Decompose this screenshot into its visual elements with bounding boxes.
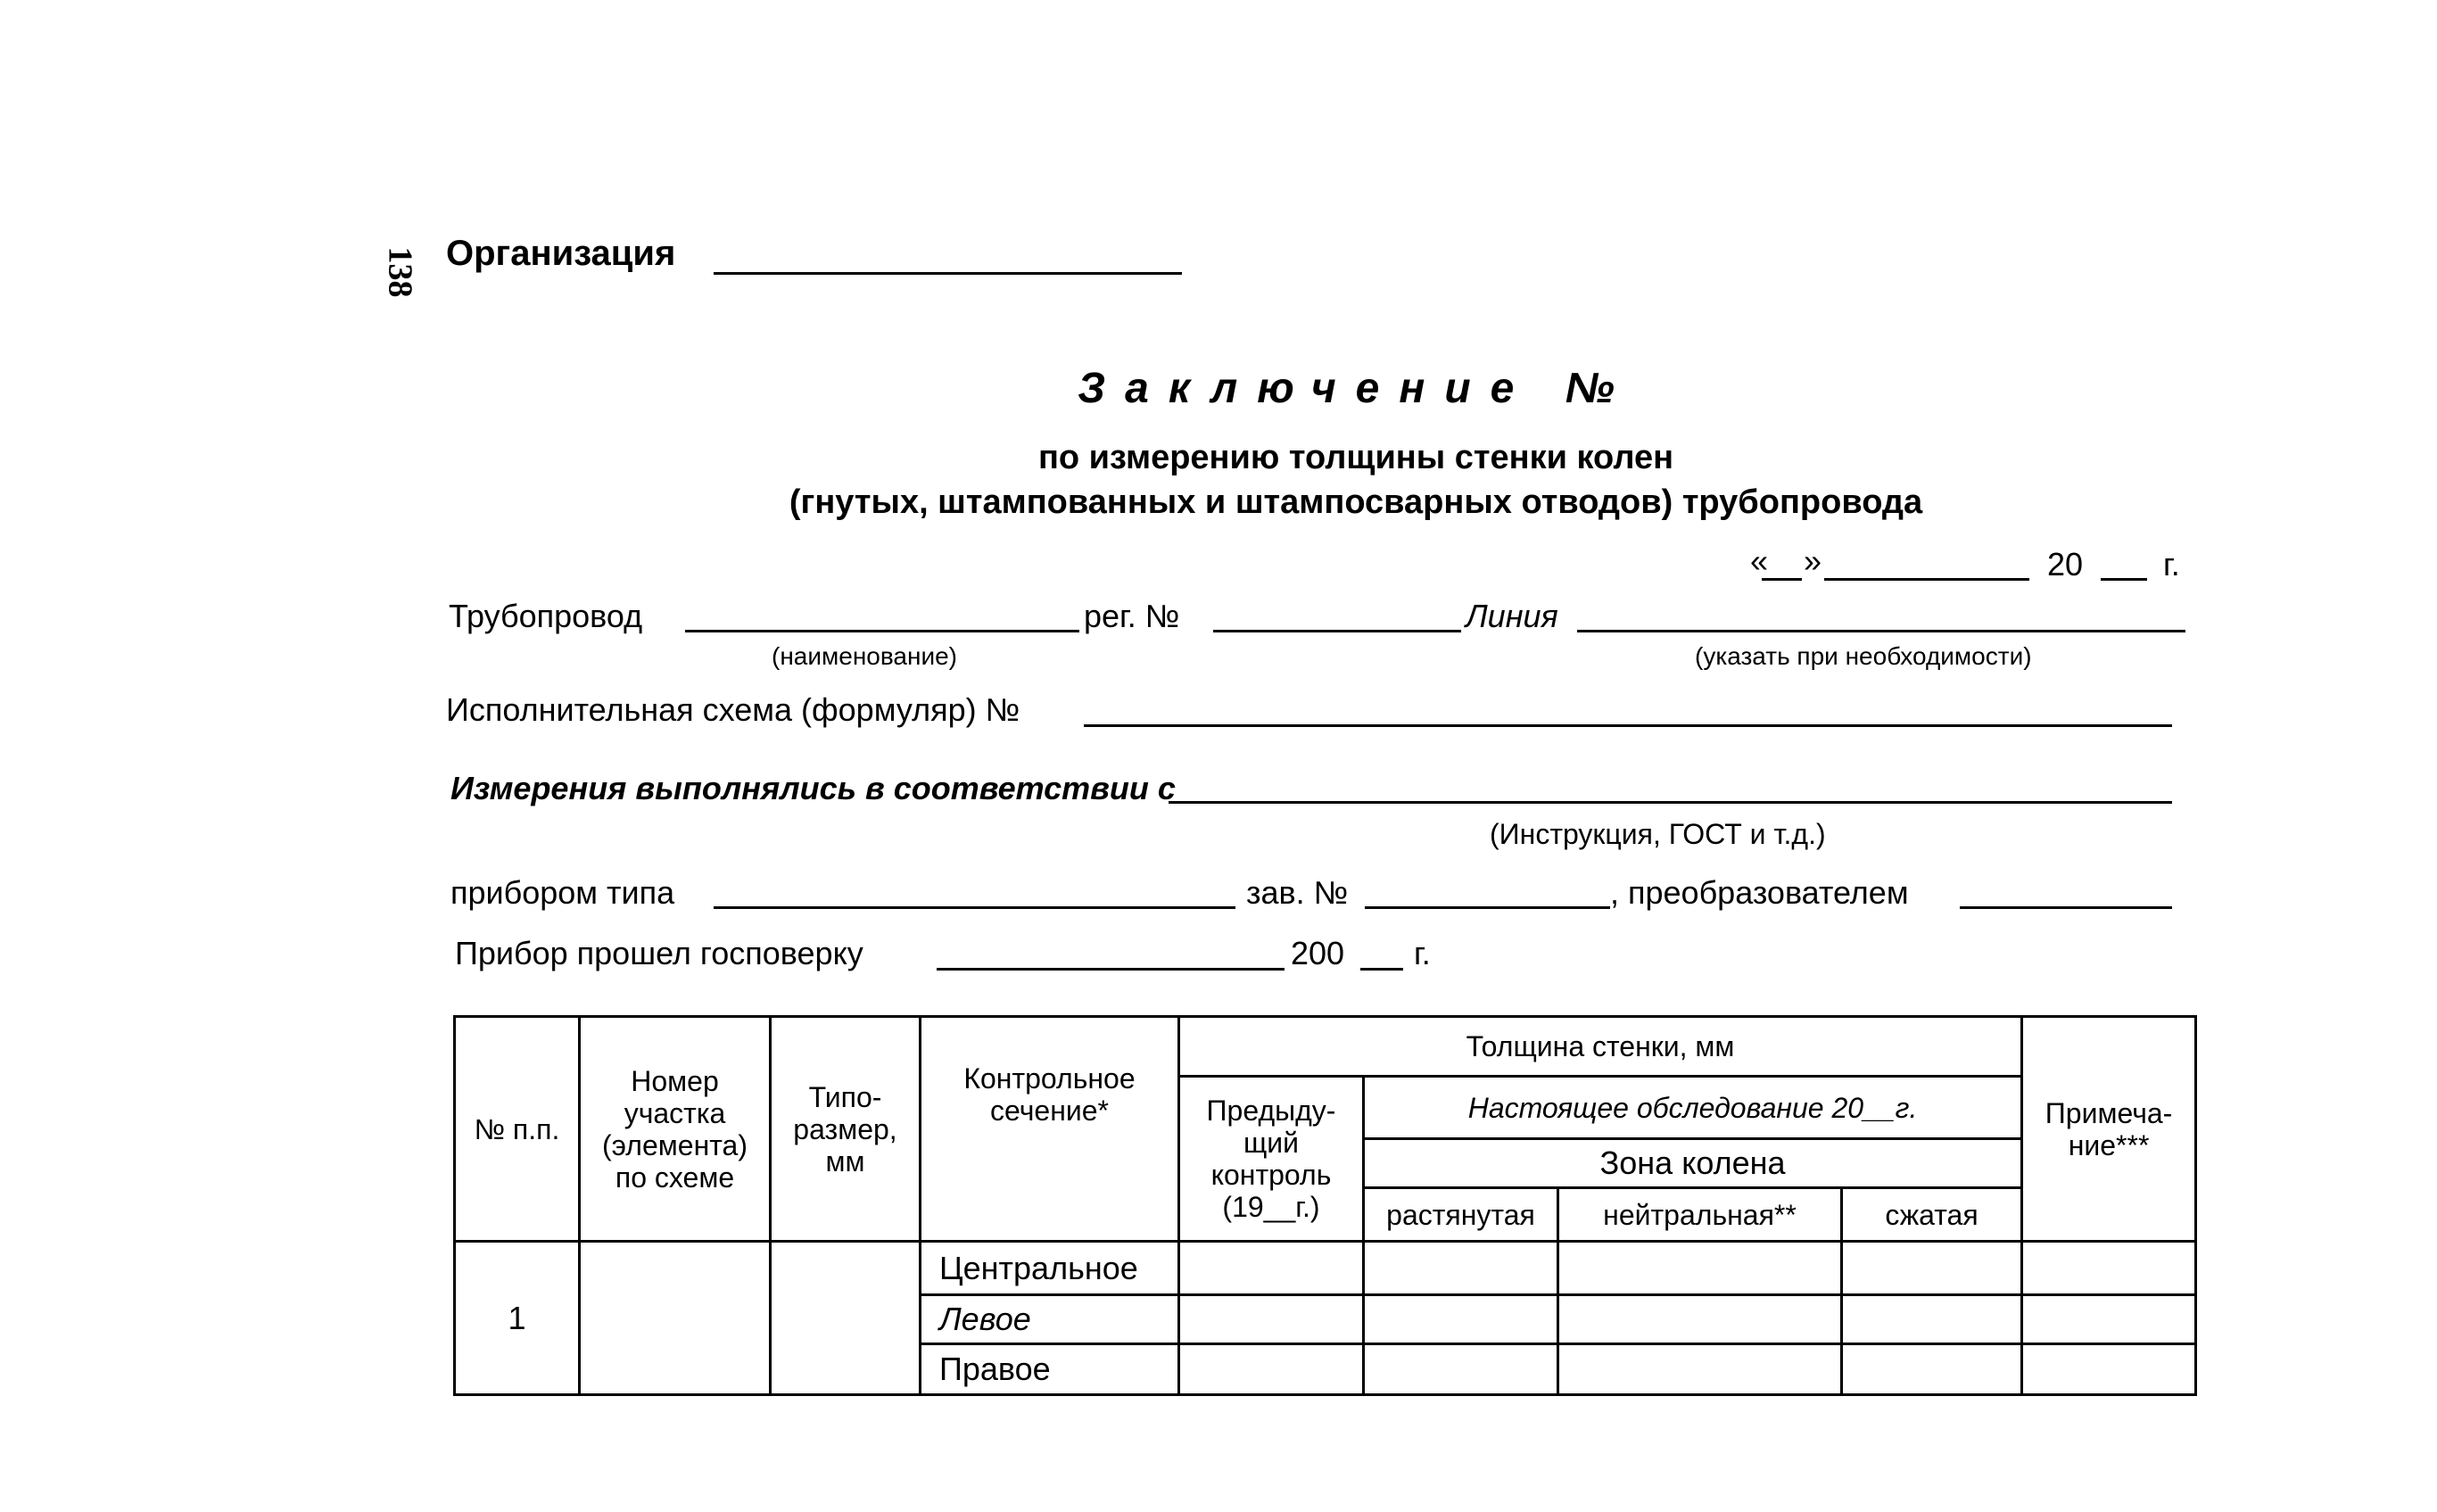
- transducer-label: , преобразователем: [1610, 874, 1909, 912]
- device-type-field[interactable]: [714, 906, 1235, 909]
- date-close-quote: »: [1804, 542, 1822, 580]
- row-size-cell[interactable]: [771, 1242, 921, 1395]
- cell-note[interactable]: [2022, 1242, 2196, 1295]
- header-neutral: нейтральная**: [1558, 1188, 1842, 1242]
- row-num: 1: [455, 1242, 580, 1395]
- header-size: Типо-размер, мм: [771, 1017, 921, 1242]
- cell-compressed[interactable]: [1842, 1295, 2022, 1344]
- serial-number-field[interactable]: [1365, 906, 1610, 909]
- line-caption: (указать при необходимости): [1695, 642, 2032, 671]
- pipeline-caption: (наименование): [772, 642, 957, 671]
- device-type-label: прибором типа: [450, 874, 674, 912]
- cell-previous[interactable]: [1179, 1242, 1364, 1295]
- header-zone: Зона колена: [1364, 1139, 2022, 1188]
- pipeline-name-field[interactable]: [685, 630, 1079, 632]
- document-title: Заключение №: [0, 364, 2437, 413]
- measurement-label: Измерения выполнялись в соответствии с: [450, 770, 1176, 807]
- header-current: Настоящее обследование 20__г.: [1364, 1077, 2022, 1139]
- cell-previous[interactable]: [1179, 1295, 1364, 1344]
- date-year-suffix: г.: [2163, 546, 2180, 583]
- header-section-number: Номер участка (элемента) по схеме: [580, 1017, 771, 1242]
- thickness-table: № п.п. Номер участка (элемента) по схеме…: [453, 1015, 2197, 1396]
- subtitle-line1: по измерению толщины стенки колен: [0, 439, 2437, 477]
- scheme-number-field[interactable]: [1084, 724, 2172, 727]
- organization-field[interactable]: [714, 272, 1182, 275]
- serial-label: зав. №: [1246, 874, 1348, 912]
- page-number: 138: [381, 247, 420, 298]
- cell-stretched[interactable]: [1364, 1242, 1558, 1295]
- row-section-number-cell[interactable]: [580, 1242, 771, 1395]
- cell-compressed[interactable]: [1842, 1242, 2022, 1295]
- date-day-field[interactable]: [1762, 578, 1802, 581]
- header-num: № п.п.: [455, 1017, 580, 1242]
- pipeline-label: Трубопровод: [449, 598, 642, 635]
- header-thickness: Толщина стенки, мм: [1179, 1017, 2022, 1077]
- row-section-central: Центральное: [921, 1242, 1179, 1295]
- cell-previous[interactable]: [1179, 1344, 1364, 1395]
- header-control-section: Контрольное сечение*: [921, 1017, 1179, 1242]
- verification-year-field[interactable]: [1360, 968, 1403, 971]
- cell-note[interactable]: [2022, 1295, 2196, 1344]
- header-note: Примеча-ние***: [2022, 1017, 2196, 1242]
- organization-label: Организация: [446, 234, 675, 274]
- cell-stretched[interactable]: [1364, 1344, 1558, 1395]
- cell-neutral[interactable]: [1558, 1344, 1842, 1395]
- cell-compressed[interactable]: [1842, 1344, 2022, 1395]
- date-open-quote: «: [1750, 542, 1768, 580]
- cell-stretched[interactable]: [1364, 1295, 1558, 1344]
- measurement-standard-field[interactable]: [1169, 801, 2172, 804]
- subtitle-line2: (гнутых, штампованных и штампосварных от…: [0, 483, 2437, 522]
- transducer-field[interactable]: [1960, 906, 2172, 909]
- date-year-prefix: 20: [2047, 546, 2083, 583]
- reg-label: рег. №: [1084, 598, 1179, 635]
- header-stretched: растянутая: [1364, 1188, 1558, 1242]
- reg-number-field[interactable]: [1213, 630, 1461, 632]
- table-row: 1 Центральное: [455, 1242, 2196, 1295]
- cell-neutral[interactable]: [1558, 1242, 1842, 1295]
- verification-label: Прибор прошел госповерку: [455, 935, 863, 972]
- date-month-field[interactable]: [1824, 578, 2029, 581]
- cell-note[interactable]: [2022, 1344, 2196, 1395]
- header-compressed: сжатая: [1842, 1188, 2022, 1242]
- verification-year-suffix: г.: [1414, 935, 1431, 972]
- row-section-right: Правое: [921, 1344, 1179, 1395]
- row-section-left: Левое: [921, 1295, 1179, 1344]
- header-previous: Предыду-щий контроль (19__г.): [1179, 1077, 1364, 1242]
- verification-year-prefix: 200: [1291, 935, 1344, 972]
- cell-neutral[interactable]: [1558, 1295, 1842, 1344]
- line-label: Линия: [1466, 598, 1558, 635]
- line-field[interactable]: [1577, 630, 2185, 632]
- scheme-label: Исполнительная схема (формуляр) №: [446, 691, 1020, 729]
- verification-date-field[interactable]: [937, 968, 1285, 971]
- measurement-caption: (Инструкция, ГОСТ и т.д.): [1490, 818, 1826, 851]
- date-year-field[interactable]: [2101, 578, 2147, 581]
